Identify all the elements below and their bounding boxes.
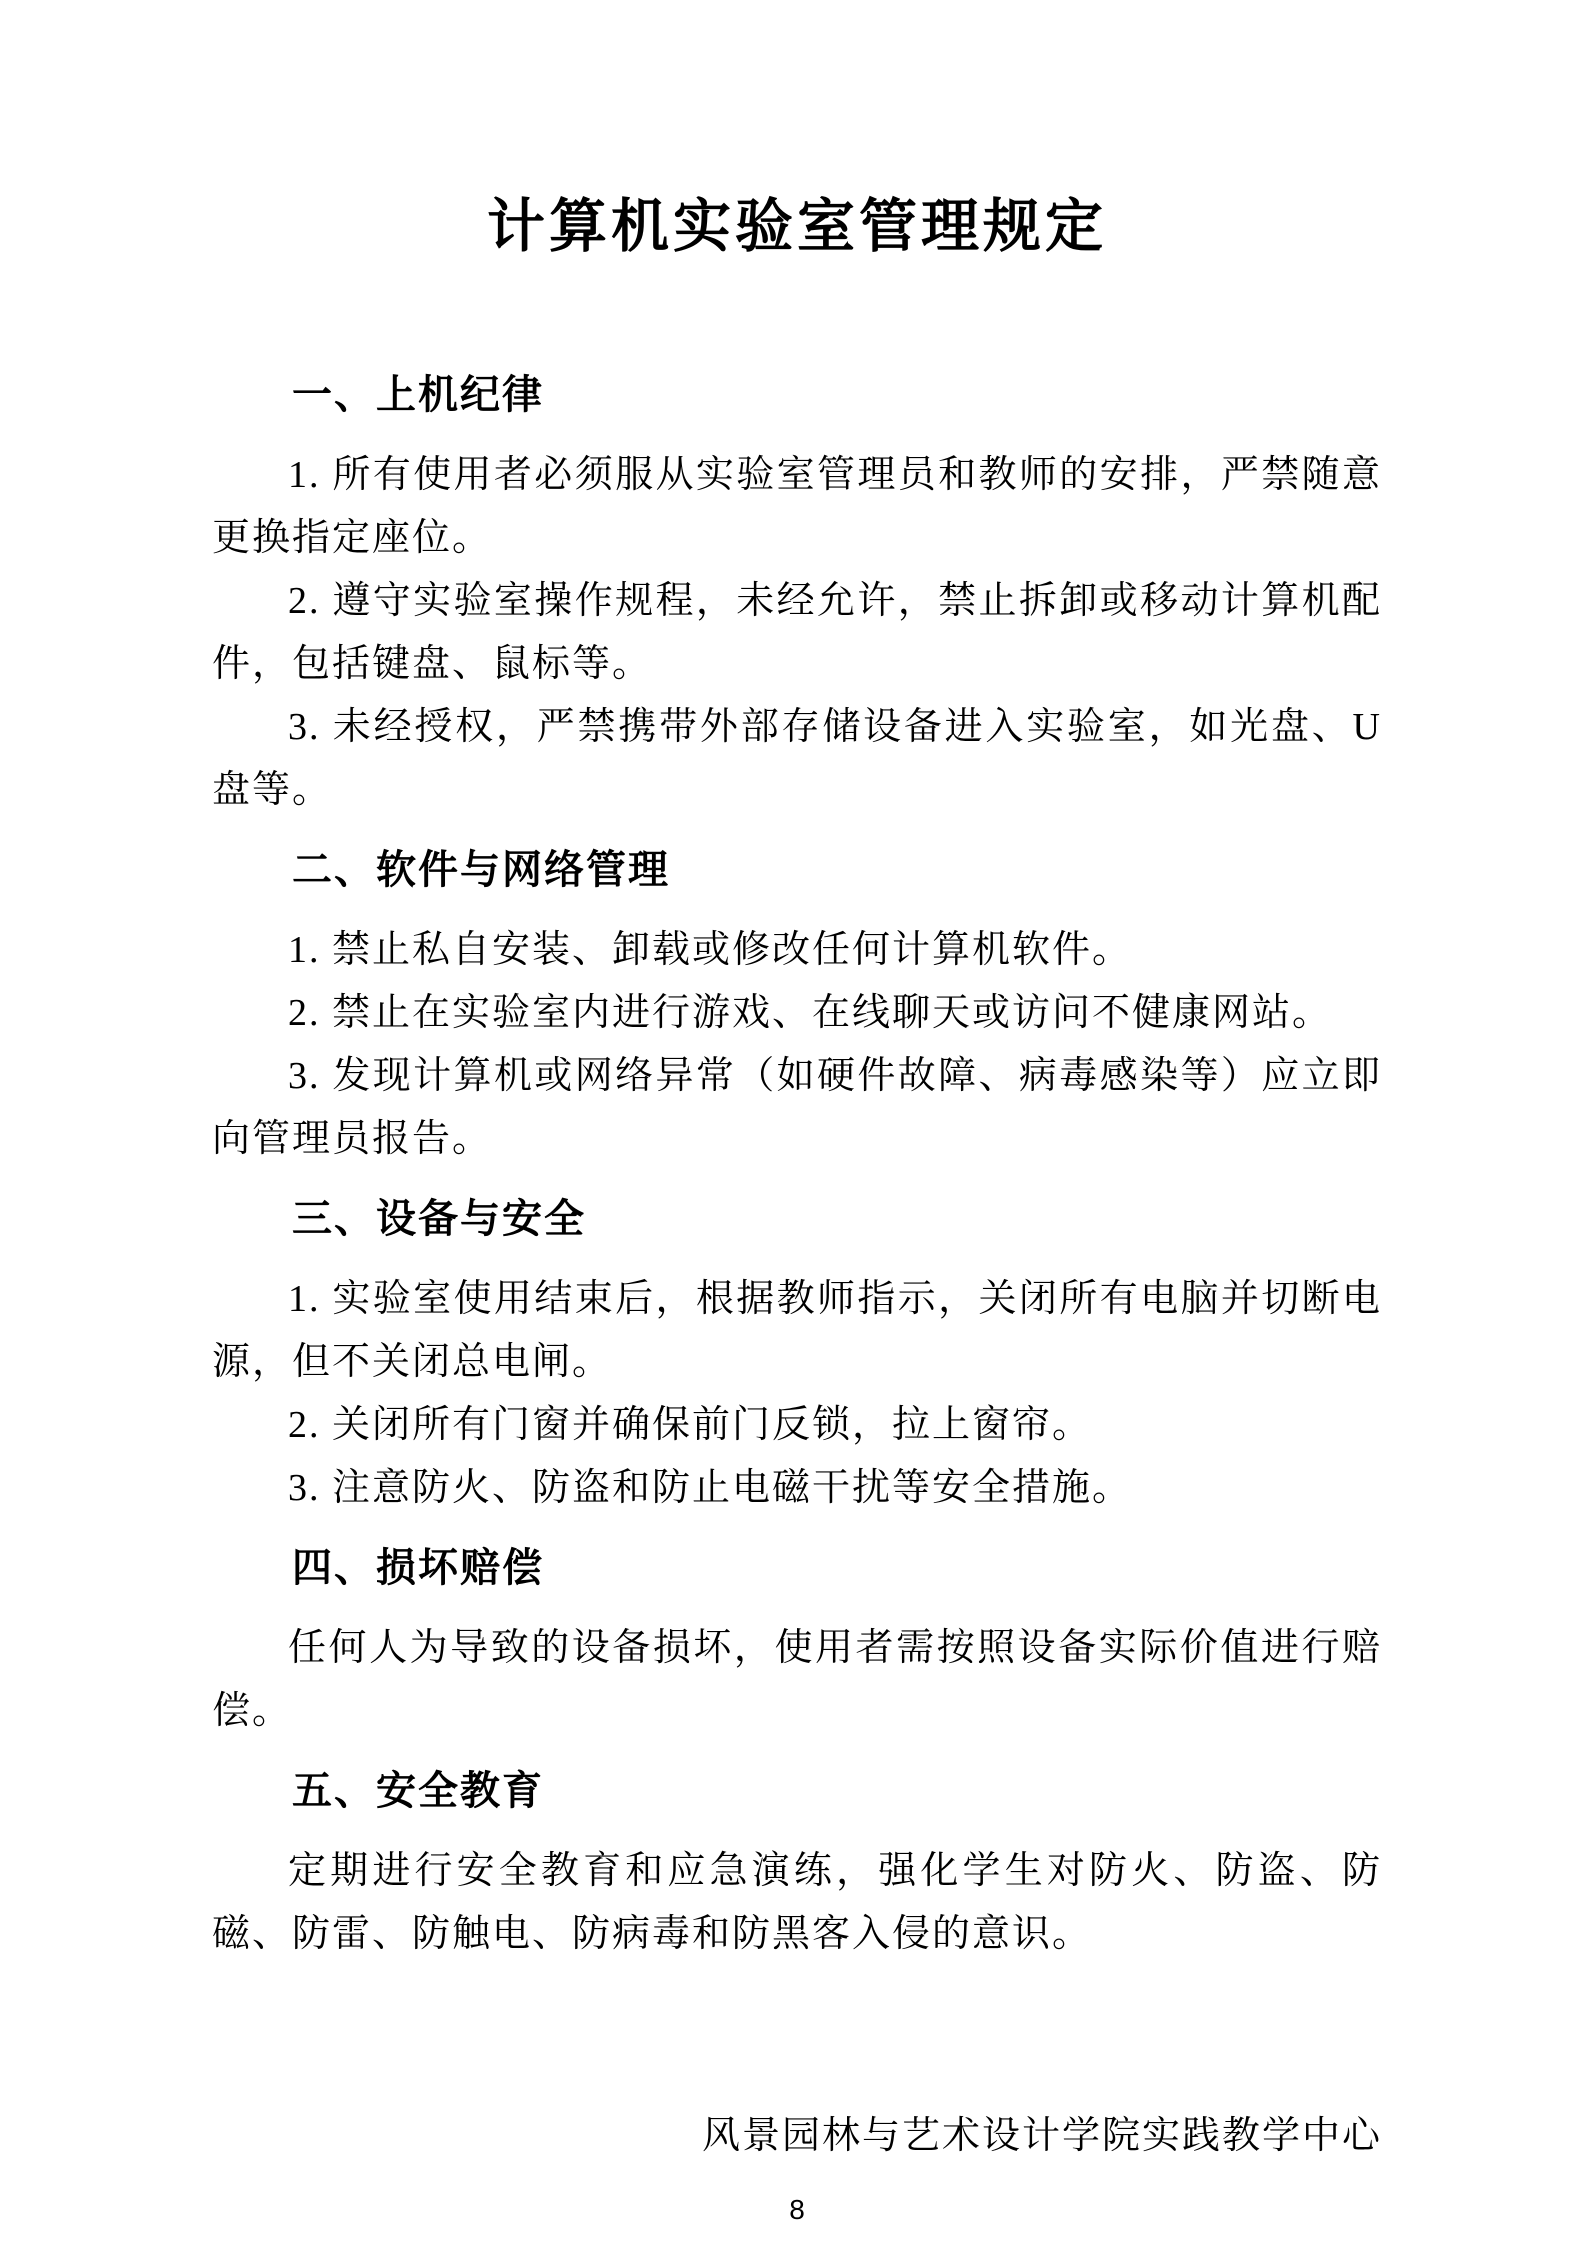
paragraph: 1. 所有使用者必须服从实验室管理员和教师的安排，严禁随意更换指定座位。: [212, 444, 1382, 570]
document-body: 一、上机纪律1. 所有使用者必须服从实验室管理员和教师的安排，严禁随意更换指定座…: [212, 364, 1382, 1966]
paragraph: 2. 遵守实验室操作规程，未经允许，禁止拆卸或移动计算机配件，包括键盘、鼠标等。: [212, 570, 1382, 696]
section-heading-2: 二、软件与网络管理: [212, 839, 1382, 902]
section-heading-5: 五、安全教育: [212, 1760, 1382, 1823]
page-number: 8: [212, 2196, 1382, 2224]
paragraph: 3. 发现计算机或网络异常（如硬件故障、病毒感染等）应立即向管理员报告。: [212, 1045, 1382, 1171]
section-heading-1: 一、上机纪律: [212, 364, 1382, 427]
paragraph: 3. 注意防火、防盗和防止电磁干扰等安全措施。: [212, 1457, 1382, 1520]
paragraph: 任何人为导致的设备损坏，使用者需按照设备实际价值进行赔偿。: [212, 1617, 1382, 1743]
signature-line: 风景园林与艺术设计学院实践教学中心: [212, 2105, 1382, 2168]
document-title: 计算机实验室管理规定: [212, 196, 1382, 258]
paragraph: 2. 关闭所有门窗并确保前门反锁，拉上窗帘。: [212, 1394, 1382, 1457]
section-heading-4: 四、损坏赔偿: [212, 1537, 1382, 1600]
paragraph: 1. 禁止私自安装、卸载或修改任何计算机软件。: [212, 919, 1382, 982]
paragraph: 1. 实验室使用结束后，根据教师指示，关闭所有电脑并切断电源，但不关闭总电闸。: [212, 1268, 1382, 1394]
section-heading-3: 三、设备与安全: [212, 1188, 1382, 1251]
paragraph: 3. 未经授权，严禁携带外部存储设备进入实验室，如光盘、U盘等。: [212, 696, 1382, 822]
paragraph: 定期进行安全教育和应急演练，强化学生对防火、防盗、防磁、防雷、防触电、防病毒和防…: [212, 1840, 1382, 1966]
document-page: 计算机实验室管理规定 一、上机纪律1. 所有使用者必须服从实验室管理员和教师的安…: [0, 0, 1587, 2245]
paragraph: 2. 禁止在实验室内进行游戏、在线聊天或访问不健康网站。: [212, 982, 1382, 1045]
